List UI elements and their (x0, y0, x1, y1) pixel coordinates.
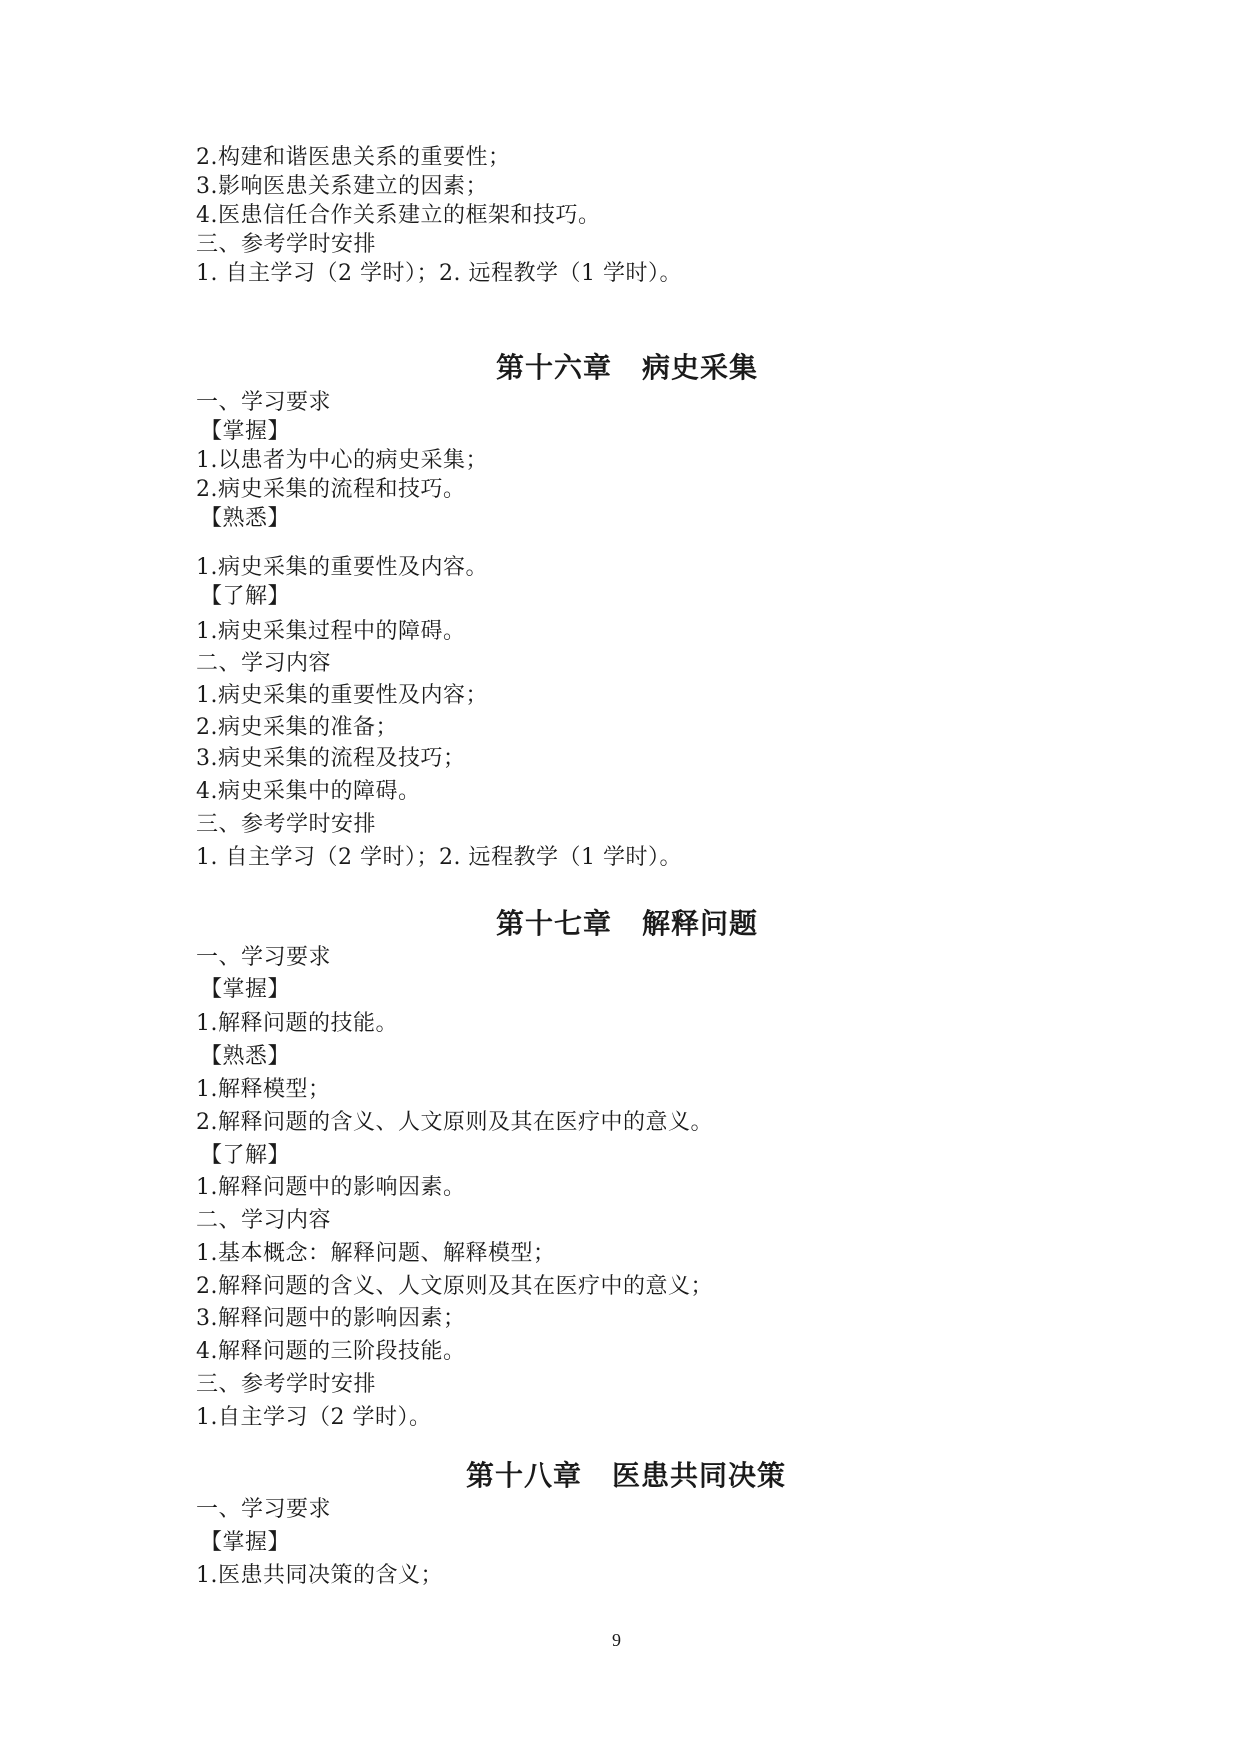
list-item: 1.解释问题中的影响因素。 (196, 1174, 466, 1202)
section-heading: 一、学习要求 (196, 944, 331, 972)
list-item: 1.解释问题的技能。 (196, 1010, 398, 1038)
chapter-title: 第十八章医患共同决策 (466, 1459, 786, 1493)
list-item: 1.病史采集过程中的障碍。 (196, 618, 466, 646)
list-item: 4.解释问题的三阶段技能。 (196, 1338, 466, 1366)
list-item: 2.病史采集的流程和技巧。 (196, 476, 466, 504)
chapter-title: 第十六章病史采集 (496, 351, 758, 385)
list-item: 3.影响医患关系建立的因素； (196, 173, 488, 201)
chapter-name: 解释问题 (642, 907, 758, 940)
subsection-label: 【掌握】 (200, 1529, 290, 1557)
chapter-name: 医患共同决策 (612, 1459, 786, 1492)
list-item: 2.解释问题的含义、人文原则及其在医疗中的意义； (196, 1273, 713, 1301)
section-heading: 三、参考学时安排 (196, 1371, 376, 1399)
list-item: 4.病史采集中的障碍。 (196, 778, 421, 806)
chapter-name: 病史采集 (642, 351, 758, 384)
section-heading: 三、参考学时安排 (196, 811, 376, 839)
section-heading: 二、学习内容 (196, 650, 331, 678)
list-item: 1.以患者为中心的病史采集； (196, 447, 488, 475)
chapter-number: 第十七章 (496, 907, 612, 940)
subsection-label: 【熟悉】 (200, 505, 290, 533)
section-heading: 二、学习内容 (196, 1207, 331, 1235)
list-item: 3.解释问题中的影响因素； (196, 1305, 466, 1333)
subsection-label: 【掌握】 (200, 976, 290, 1004)
section-heading: 一、学习要求 (196, 389, 331, 417)
chapter-title: 第十七章解释问题 (496, 907, 758, 941)
subsection-label: 【熟悉】 (200, 1043, 290, 1071)
subsection-label: 【掌握】 (200, 418, 290, 446)
chapter-number: 第十六章 (496, 351, 612, 384)
list-item: 1.病史采集的重要性及内容； (196, 682, 488, 710)
chapter-number: 第十八章 (466, 1459, 582, 1492)
page-number: 9 (612, 1629, 621, 1651)
list-item: 1. 自主学习（2 学时）；2. 远程教学（1 学时）。 (196, 844, 682, 872)
list-item: 1.自主学习（2 学时）。 (196, 1404, 431, 1432)
subsection-label: 【了解】 (200, 583, 290, 611)
list-item: 2.构建和谐医患关系的重要性； (196, 144, 511, 172)
document-page: 2.构建和谐医患关系的重要性； 3.影响医患关系建立的因素； 4.医患信任合作关… (0, 0, 1240, 1753)
section-heading: 三、参考学时安排 (196, 231, 376, 259)
list-item: 2.病史采集的准备； (196, 714, 398, 742)
subsection-label: 【了解】 (200, 1142, 290, 1170)
section-heading: 一、学习要求 (196, 1496, 331, 1524)
list-item: 2.解释问题的含义、人文原则及其在医疗中的意义。 (196, 1109, 713, 1137)
list-item: 1.解释模型； (196, 1076, 331, 1104)
list-item: 1. 自主学习（2 学时）；2. 远程教学（1 学时）。 (196, 260, 682, 288)
list-item: 1.基本概念：解释问题、解释模型； (196, 1240, 556, 1268)
list-item: 1.医患共同决策的含义； (196, 1562, 443, 1590)
list-item: 3.病史采集的流程及技巧； (196, 745, 466, 773)
list-item: 1.病史采集的重要性及内容。 (196, 554, 488, 582)
list-item: 4.医患信任合作关系建立的框架和技巧。 (196, 202, 601, 230)
